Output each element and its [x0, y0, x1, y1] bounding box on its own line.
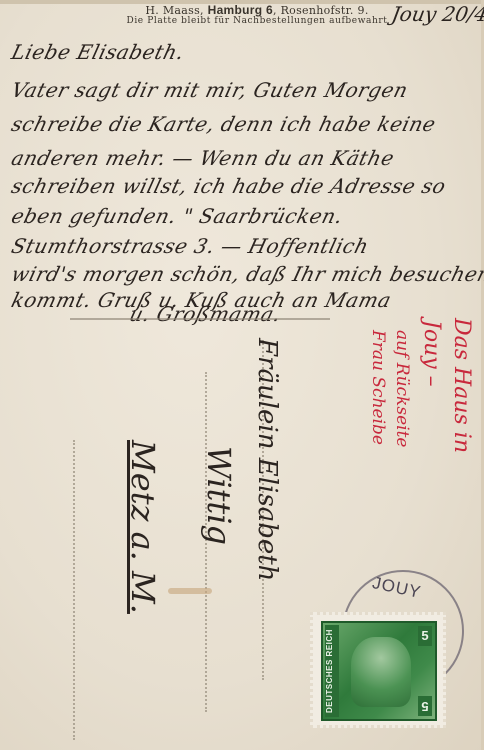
red-note-line: Frau Scheibe: [368, 330, 388, 445]
address-city: Metz a. M.: [124, 440, 162, 614]
red-note-line: Das Haus in: [449, 318, 474, 453]
message-line: schreibe die Karte, denn ich habe keine: [9, 112, 438, 136]
publisher-city: Hamburg 6: [208, 3, 273, 17]
address-rule-line: [73, 440, 75, 740]
message-line: u. Großmama.: [127, 302, 284, 326]
stamp-country: DEUTSCHES REICH: [325, 625, 339, 717]
message-line: anderen mehr. — Wenn du an Käthe: [9, 146, 397, 170]
paper-stain: [168, 588, 212, 594]
message-line: eben gefunden. " Saarbrücken.: [9, 204, 346, 228]
red-note-line: auf Rückseite: [392, 330, 412, 447]
postage-stamp: DEUTSCHES REICH 5 5: [310, 612, 446, 728]
printed-notice: Die Platte bleibt für Nachbestellungen a…: [92, 16, 422, 27]
handwritten-date: Jouy 20/4 11: [390, 2, 484, 26]
address-recipient: Fräulein Elisabeth: [252, 338, 282, 581]
stamp-design: DEUTSCHES REICH 5 5: [321, 621, 437, 721]
address-surname: Wittig: [200, 446, 238, 545]
germania-figure-icon: [351, 637, 411, 707]
message-divider-line: [70, 318, 330, 321]
message-line: Stumthorstrasse 3. — Hoffentlich: [9, 234, 371, 258]
stamp-value-bottom: 5: [418, 696, 432, 716]
postcard-back: H. Maass, Hamburg 6, Rosenhofstr. 9. Die…: [0, 0, 484, 750]
publisher-line: H. Maass, Hamburg 6, Rosenhofstr. 9.: [92, 5, 422, 16]
stamp-value-top: 5: [418, 626, 432, 646]
message-line: Vater sagt dir mit mir, Guten Morgen: [9, 78, 411, 102]
message-line: Liebe Elisabeth.: [9, 40, 187, 64]
red-note-line: Jouy –: [419, 320, 444, 387]
message-line: schreiben willst, ich habe die Adresse s…: [9, 174, 449, 198]
printed-header: H. Maass, Hamburg 6, Rosenhofstr. 9. Die…: [92, 5, 422, 27]
message-line: wird's morgen schön, daß Ihr mich besuch…: [9, 262, 484, 286]
